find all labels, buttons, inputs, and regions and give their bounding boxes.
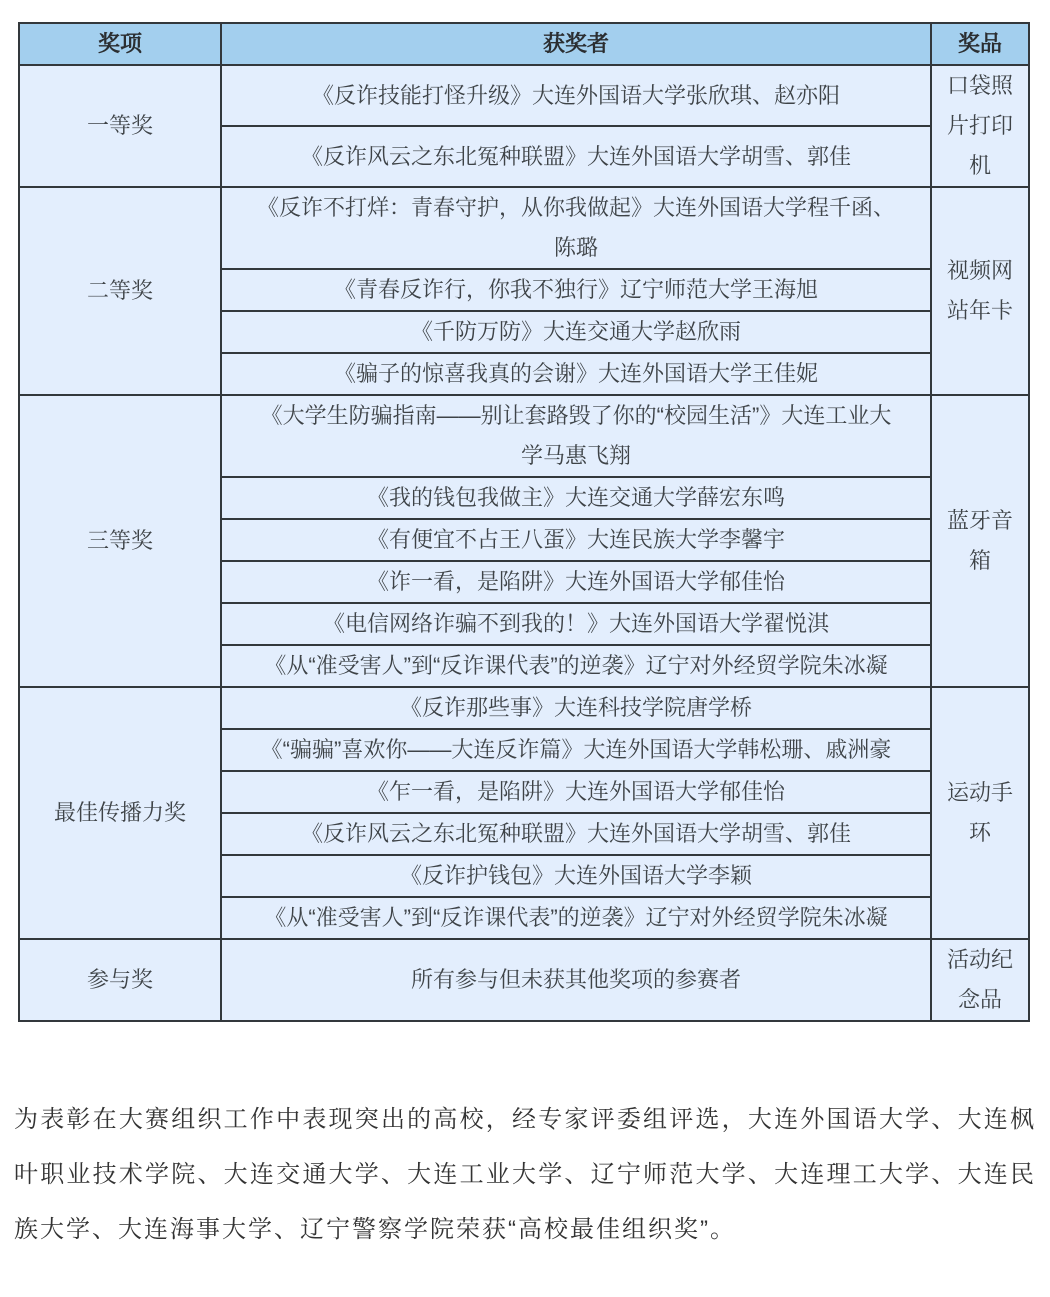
winner-cell: 《反诈技能打怪升级》大连外国语大学张欣琪、赵亦阳 — [221, 65, 931, 126]
winner-cell: 《“骗骗”喜欢你——大连反诈篇》大连外国语大学韩松珊、戚洲豪 — [221, 729, 931, 771]
prize-cell: 口袋照片打印机 — [931, 65, 1029, 187]
winner-cell: 《电信网络诈骗不到我的！》大连外国语大学翟悦淇 — [221, 603, 931, 645]
prize-cell: 蓝牙音箱 — [931, 395, 1029, 687]
prize-cell: 视频网站年卡 — [931, 187, 1029, 395]
winner-cell: 《反诈那些事》大连科技学院唐学桥 — [221, 687, 931, 729]
winner-cell: 《从“准受害人”到“反诈课代表”的逆袭》辽宁对外经贸学院朱冰凝 — [221, 897, 931, 939]
header-row: 奖项 获奖者 奖品 — [19, 23, 1029, 65]
winner-cell: 《骗子的惊喜我真的会谢》大连外国语大学王佳妮 — [221, 353, 931, 395]
winner-cell: 《反诈风云之东北冤种联盟》大连外国语大学胡雪、郭佳 — [221, 126, 931, 187]
table-row: 三等奖 《大学生防骗指南——别让套路毁了你的“校园生活”》大连工业大 学马惠飞翔… — [19, 395, 1029, 477]
award-cell: 最佳传播力奖 — [19, 687, 221, 939]
winner-cell: 《乍一看，是陷阱》大连外国语大学郁佳怡 — [221, 771, 931, 813]
winner-cell: 《从“准受害人”到“反诈课代表”的逆袭》辽宁对外经贸学院朱冰凝 — [221, 645, 931, 687]
col-header-winner: 获奖者 — [221, 23, 931, 65]
winner-cell: 《反诈不打烊：青春守护，从你我做起》大连外国语大学程千函、 陈璐 — [221, 187, 931, 269]
winner-cell: 《青春反诈行，你我不独行》辽宁师范大学王海旭 — [221, 269, 931, 311]
winner-cell: 《诈一看，是陷阱》大连外国语大学郁佳怡 — [221, 561, 931, 603]
article-page: 奖项 获奖者 奖品 一等奖 《反诈技能打怪升级》大连外国语大学张欣琪、赵亦阳 口… — [0, 0, 1050, 1297]
prize-cell: 运动手环 — [931, 687, 1029, 939]
winner-cell: 《千防万防》大连交通大学赵欣雨 — [221, 311, 931, 353]
award-cell: 二等奖 — [19, 187, 221, 395]
winner-cell: 《大学生防骗指南——别让套路毁了你的“校园生活”》大连工业大 学马惠飞翔 — [221, 395, 931, 477]
winner-cell: 《反诈风云之东北冤种联盟》大连外国语大学胡雪、郭佳 — [221, 813, 931, 855]
prize-cell: 活动纪念品 — [931, 939, 1029, 1021]
awards-table: 奖项 获奖者 奖品 一等奖 《反诈技能打怪升级》大连外国语大学张欣琪、赵亦阳 口… — [18, 22, 1030, 1022]
table-row: 二等奖 《反诈不打烊：青春守护，从你我做起》大连外国语大学程千函、 陈璐 视频网… — [19, 187, 1029, 269]
table-row: 最佳传播力奖 《反诈那些事》大连科技学院唐学桥 运动手环 — [19, 687, 1029, 729]
winner-cell: 《有便宜不占王八蛋》大连民族大学李馨宇 — [221, 519, 931, 561]
summary-paragraph: 为表彰在大赛组织工作中表现突出的高校，经专家评委组评选，大连外国语大学、大连枫叶… — [14, 1092, 1036, 1257]
table-row: 一等奖 《反诈技能打怪升级》大连外国语大学张欣琪、赵亦阳 口袋照片打印机 — [19, 65, 1029, 126]
award-cell: 参与奖 — [19, 939, 221, 1021]
col-header-prize: 奖品 — [931, 23, 1029, 65]
winner-cell: 所有参与但未获其他奖项的参赛者 — [221, 939, 931, 1021]
winner-cell: 《我的钱包我做主》大连交通大学薛宏东鸣 — [221, 477, 931, 519]
col-header-award: 奖项 — [19, 23, 221, 65]
winner-cell: 《反诈护钱包》大连外国语大学李颖 — [221, 855, 931, 897]
table-row: 参与奖 所有参与但未获其他奖项的参赛者 活动纪念品 — [19, 939, 1029, 1021]
award-cell: 三等奖 — [19, 395, 221, 687]
award-cell: 一等奖 — [19, 65, 221, 187]
